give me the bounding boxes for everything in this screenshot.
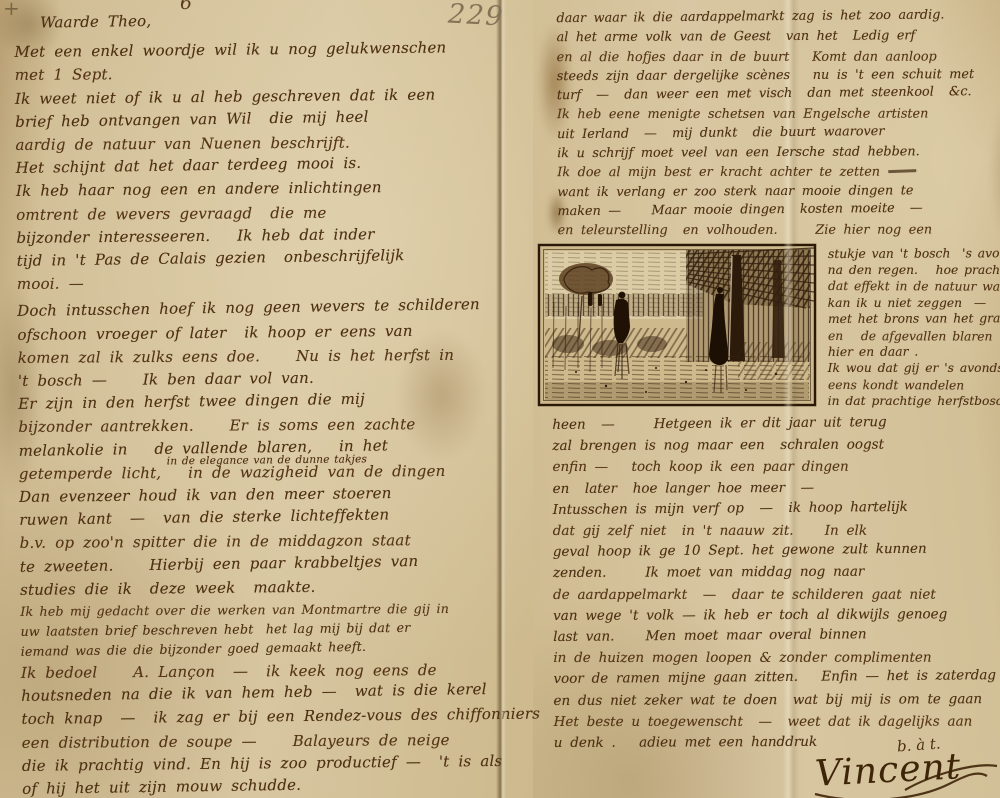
letter-text-right-top: daar waar ik die aardappelmarkt zag is h… [532, 0, 1000, 241]
signature-block: Vincent [809, 742, 1000, 798]
letter-line: uit Ierland — mij dunkt die buurt waarov… [557, 120, 1000, 144]
letter-line: de aardappelmarkt — daar te schilderen g… [553, 584, 1000, 606]
letter-line: zal brengen is nog maar een schralen oog… [552, 434, 1000, 457]
letter-page-right: daar waar ik die aardappelmarkt zag is h… [533, 0, 1000, 798]
letter-line: en al die hofjes daar in de buurt Komt d… [556, 47, 1000, 67]
letter-line: met 1 Sept. [15, 61, 534, 88]
letter-line: Ik heb haar nog een en andere inlichting… [16, 175, 535, 204]
letter-page-left: + 6 229 Waarde Theo,Met een enkel woordj… [0, 0, 533, 798]
letter-line: in dat prachtige herfstbosch [828, 393, 1000, 409]
letter-line: ofschoon vroeger of later ik hoop er een… [17, 318, 536, 347]
letter-scan: + 6 229 Waarde Theo,Met een enkel woordj… [0, 0, 1000, 798]
pencil-corner-mark: + [3, 0, 20, 20]
letter-line: toch knap — ik zag er bij een Rendez-vou… [21, 703, 540, 732]
letter-line: Het beste u toegewenscht — weet dat ik d… [553, 711, 1000, 733]
letter-line: eens kondt wandelen [828, 377, 1000, 394]
letter-line: enfin — toch koop ik een paar dingen [552, 457, 1000, 479]
letter-line: daar waar ik die aardappelmarkt zag is h… [556, 5, 1000, 29]
letter-line: al het arme volk van de Geest van het Le… [556, 26, 1000, 48]
letter-line: zenden. Ik moet van middag nog naar [553, 561, 1000, 584]
letter-line: turf — dan weer een met visch dan met st… [556, 82, 1000, 106]
letter-line: Ik doe al mijn best er kracht achter te … [557, 163, 1000, 183]
letter-line: Intusschen is mijn verf op — ik hoop har… [552, 495, 1000, 520]
letter-line: en teleurstelling en volhouden. Zie hier… [557, 221, 1000, 241]
letter-line: heen — Hetgeen ik er dit jaar uit terug [552, 410, 1000, 435]
letter-line: last van. Men moet maar overal binnen [553, 622, 1000, 647]
letter-text-left: Waarde Theo,Met een enkel woordje wil ik… [0, 0, 541, 798]
letter-text-right-bottom: heen — Hetgeen ik er dit jaar uit terugz… [532, 409, 1000, 754]
letter-line: mooi. — [17, 270, 536, 297]
letter-line: en de afgevallen blaren [828, 328, 1000, 345]
signature-flourish [809, 758, 1000, 798]
letter-line: na den regen. hoe prachtig [828, 262, 1000, 278]
page-fold-seam [496, 0, 506, 798]
letter-line: komen zal ik zulks eens doe. Nu is het h… [18, 343, 537, 370]
letter-line: en dus niet zeker wat te doen wat bij mi… [553, 688, 1000, 711]
letter-line: met het brons van het gras [828, 310, 1000, 327]
letter-line: geval hoop ik ge 10 Sept. het gewone zul… [552, 538, 1000, 563]
page-number: 229 [447, 0, 505, 32]
letter-text-beside-sketch: stukje van 't bosch 's avondsna den rege… [818, 242, 1000, 410]
sketch-row: stukje van 't bosch 's avondsna den rege… [533, 242, 1000, 410]
letter-line: dat effekt in de natuur was [828, 278, 1000, 295]
woodland-sketch [536, 242, 818, 408]
letter-line: hier en daar . [828, 343, 1000, 360]
margin-number: 6 [180, 0, 192, 14]
letter-line: Ik wou dat gij er 's avonds [828, 360, 1000, 376]
letter-line: ik u schrijf moet veel van een Iersche s… [557, 142, 1000, 164]
letter-line: getemperde licht, in de wazigheid van de… [19, 459, 538, 486]
letter-line: maken — Maar mooie dingen kosten moeite … [557, 198, 1000, 222]
letter-line: omtrent de wevers gevraagd die me [16, 200, 535, 227]
letter-line: kan ik u niet zeggen — [828, 295, 1000, 311]
letter-line: Ik heb mij gedacht over die werken van M… [20, 598, 539, 622]
letter-line: een distribution de soupe — Balayeurs de… [22, 728, 541, 755]
letter-line: stukje van 't bosch 's avonds [828, 245, 1000, 262]
letter-line: voor de ramen mijne gaan zitten. Enfin —… [553, 665, 1000, 690]
